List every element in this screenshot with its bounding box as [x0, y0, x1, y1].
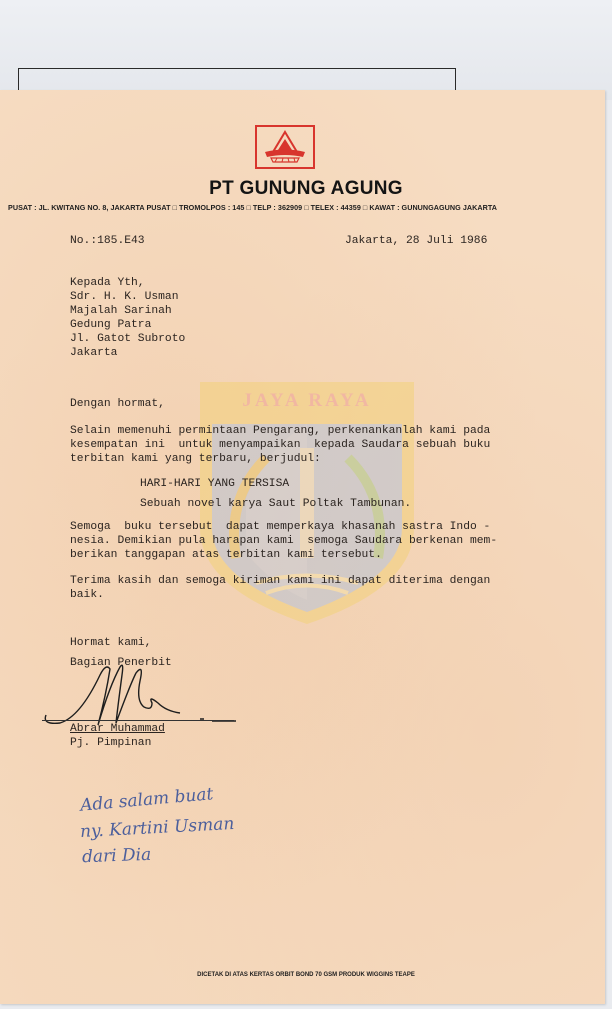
signature-line	[42, 720, 234, 721]
signatory-name: Abrar Muhammad	[70, 722, 165, 737]
paragraph-1-line: kesempatan ini untuk menyampaikan kepada…	[70, 438, 490, 453]
recipient-line: Majalah Sarinah	[70, 304, 172, 319]
paper-footer: DICETAK DI ATAS KERTAS ORBIT BOND 70 GSM…	[0, 972, 612, 978]
recipient-line: Sdr. H. K. Usman	[70, 290, 178, 305]
paragraph-2-line: Semoga buku tersebut dapat memperkaya kh…	[70, 520, 490, 535]
closing: Hormat kami,	[70, 636, 151, 651]
company-name: PT GUNUNG AGUNG	[0, 178, 612, 200]
salutation: Dengan hormat,	[70, 397, 165, 412]
book-subtitle: Sebuah novel karya Saut Poltak Tambunan.	[140, 497, 411, 512]
paragraph-2-line: berikan tanggapan atas terbitan kami ter…	[70, 548, 382, 563]
handwritten-note-line: dari Dia	[82, 845, 152, 867]
paragraph-1-line: Selain memenuhi permintaan Pengarang, pe…	[70, 424, 490, 439]
letter-number: No.:185.E43	[70, 234, 145, 249]
paragraph-1-line: terbitan kami yang terbaru, berjudul:	[70, 452, 321, 467]
recipient-line: Kepada Yth,	[70, 276, 145, 291]
signatory-title: Pj. Pimpinan	[70, 736, 151, 751]
mountain-logo-icon	[261, 130, 309, 164]
paragraph-2-line: nesia. Demikian pula harapan kami semoga…	[70, 534, 497, 549]
recipient-line: Jakarta	[70, 346, 117, 361]
recipient-line: Jl. Gatot Subroto	[70, 332, 185, 347]
watermark-text: JAYA RAYA	[196, 390, 418, 412]
company-logo	[255, 125, 315, 169]
book-title: HARI-HARI YANG TERSISA	[140, 477, 289, 492]
paragraph-3-line: Terima kasih dan semoga kiriman kami ini…	[70, 574, 490, 589]
paragraph-3-line: baik.	[70, 588, 104, 603]
recipient-line: Gedung Patra	[70, 318, 151, 333]
company-address: PUSAT : JL. KWITANG NO. 8, JAKARTA PUSAT…	[8, 203, 497, 212]
letter-date: Jakarta, 28 Juli 1986	[345, 234, 487, 249]
